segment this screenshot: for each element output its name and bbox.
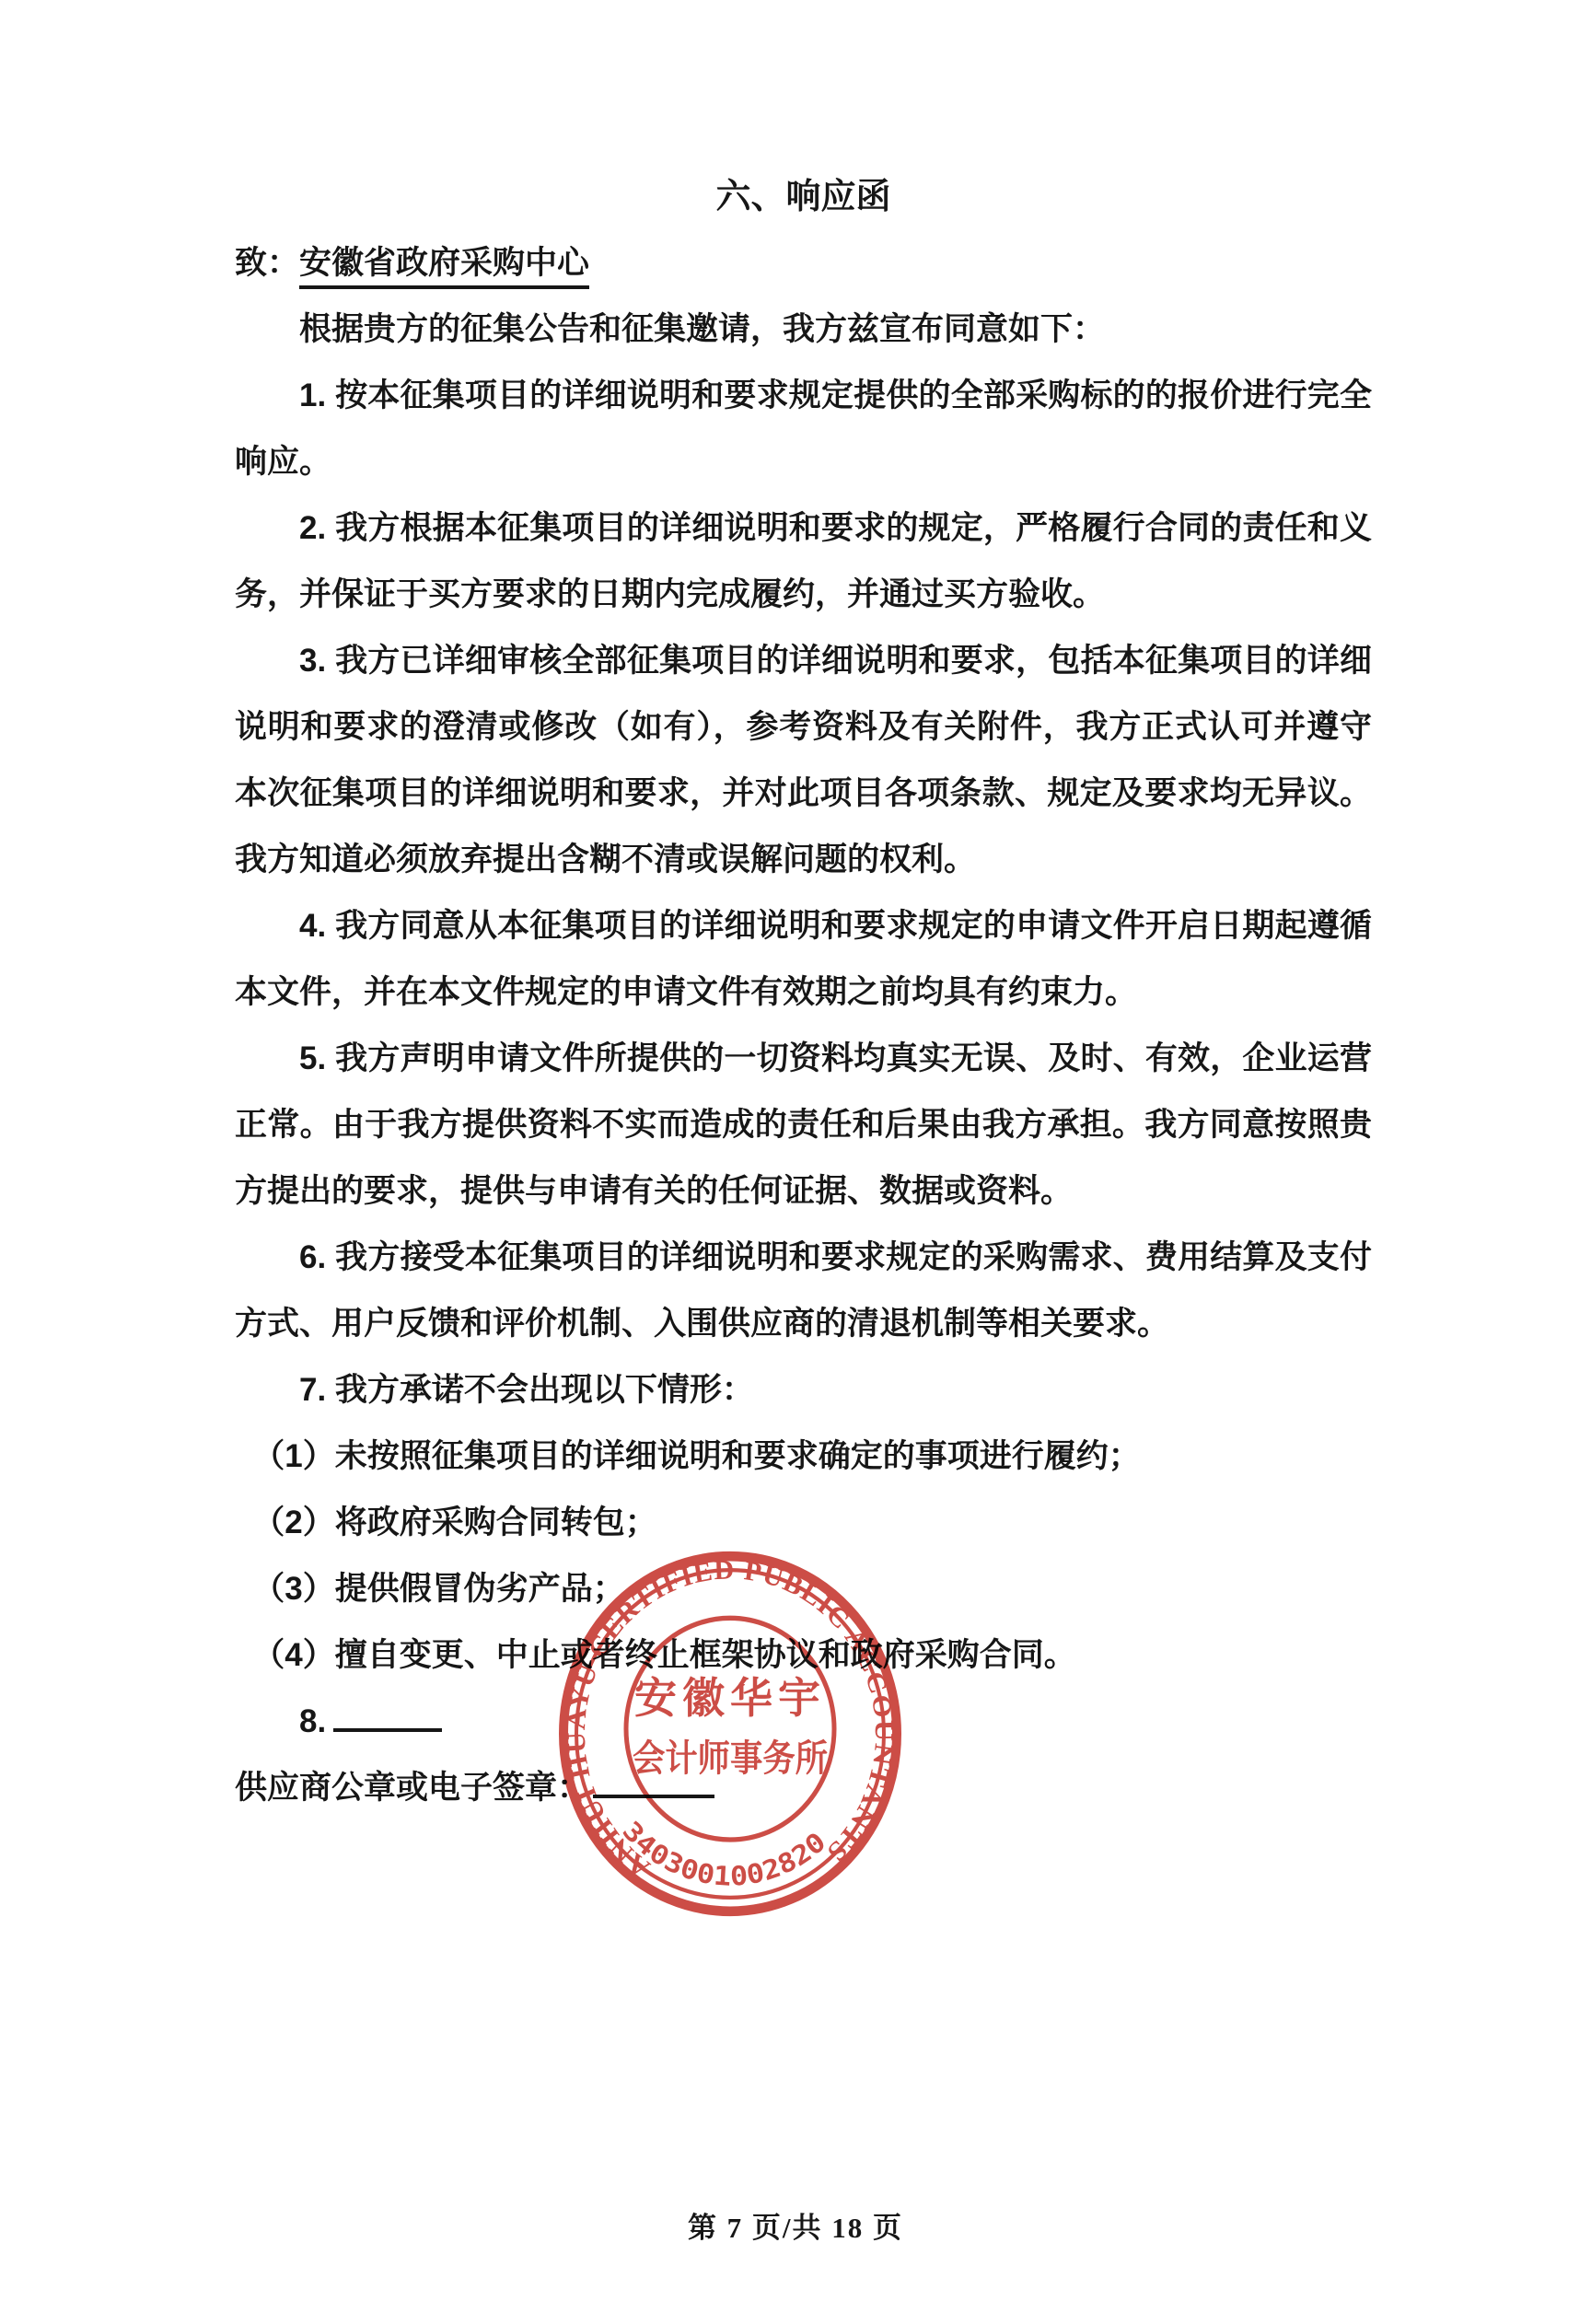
page: 六、响应函 致：安徽省政府采购中心 根据贵方的征集公告和征集邀请，我方兹宣布同意… — [0, 0, 1591, 2324]
paragraph-3: 3. 我方已详细审核全部征集项目的详细说明和要求，包括本征集项目的详细说明和要求… — [235, 628, 1372, 893]
stamp-center-line2: 会计师事务所 — [633, 1738, 828, 1779]
paragraph-1: 1. 按本征集项目的详细说明和要求规定提供的全部采购标的的报价进行完全响应。 — [235, 363, 1372, 495]
paragraph-5: 5. 我方声明申请文件所提供的一切资料均真实无误、及时、有效，企业运营正常。由于… — [235, 1026, 1372, 1225]
document-title: 六、响应函 — [235, 164, 1372, 230]
paragraph-2: 2. 我方根据本征集项目的详细说明和要求的规定，严格履行合同的责任和义务，并保证… — [235, 495, 1372, 628]
stamp-inner-ring — [626, 1618, 834, 1840]
salutation-prefix: 致： — [235, 245, 299, 281]
paragraph-6: 6. 我方接受本征集项目的详细说明和要求规定的采购需求、费用结算及支付方式、用户… — [235, 1225, 1372, 1357]
official-stamp: ANHUI HUAYU CERTIFIED PUBLIC ACCOUNTANTS… — [518, 1515, 942, 1957]
intro-paragraph: 根据贵方的征集公告和征集邀请，我方兹宣布同意如下： — [235, 296, 1372, 363]
stamp-center-line1: 安徽华宇 — [634, 1674, 826, 1722]
salutation-line: 致：安徽省政府采购中心 — [235, 230, 1372, 296]
item-8-blank-line — [333, 1693, 442, 1732]
paragraph-7: 7. 我方承诺不会出现以下情形： — [235, 1357, 1372, 1423]
paragraph-4: 4. 我方同意从本征集项目的详细说明和要求规定的申请文件开启日期起遵循本文件，并… — [235, 893, 1372, 1026]
page-footer: 第 7 页/共 18 页 — [0, 2208, 1591, 2248]
item-8-number: 8. — [299, 1703, 326, 1739]
clause-1: （1）未按照征集项目的详细说明和要求确定的事项进行履约； — [235, 1423, 1372, 1490]
recipient-name: 安徽省政府采购中心 — [299, 245, 589, 289]
